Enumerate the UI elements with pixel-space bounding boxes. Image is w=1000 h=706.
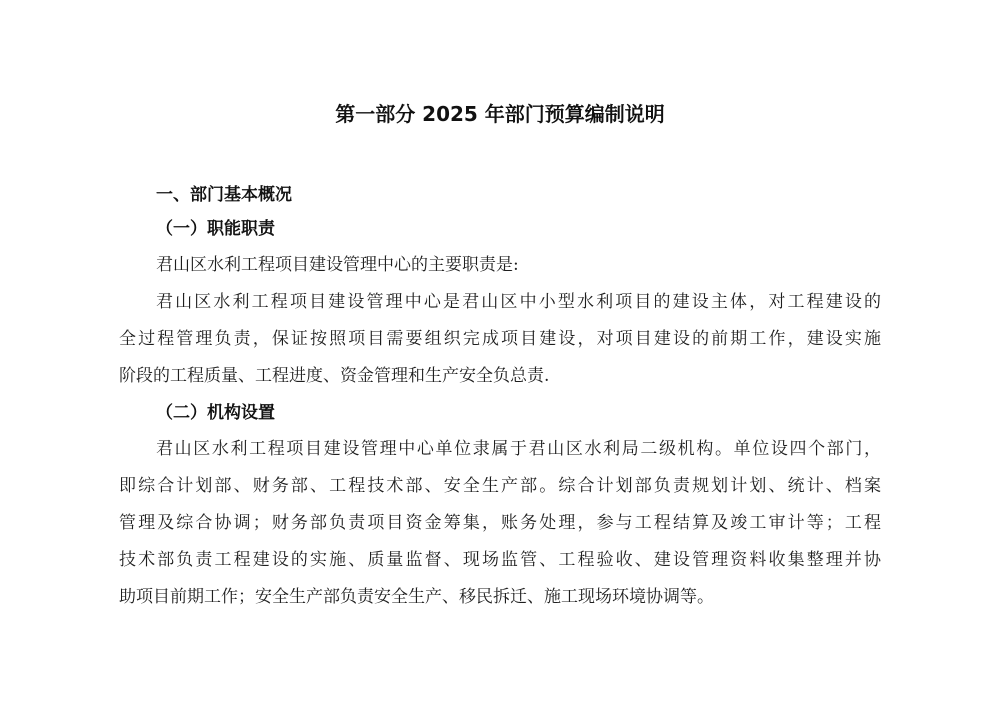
paragraph-line: 管理及综合协调；财务部负责项目资金筹集，账务处理，参与工程结算及竣工审计等；工程 bbox=[119, 508, 881, 533]
paragraph-line: 阶段的工程质量、工程进度、资金管理和生产安全负总责. bbox=[119, 361, 881, 386]
paragraph-line: 全过程管理负责，保证按照项目需要组织完成项目建设，对项目建设的前期工作，建设实施 bbox=[119, 324, 881, 349]
document-page: 第一部分 2025 年部门预算编制说明 一、部门基本概况 （一）职能职责 君山区… bbox=[0, 0, 1000, 706]
page-title: 第一部分 2025 年部门预算编制说明 bbox=[0, 98, 1000, 127]
paragraph-line: 助项目前期工作；安全生产部负责安全生产、移民拆迁、施工现场环境协调等。 bbox=[119, 582, 881, 607]
paragraph-line: 君山区水利工程项目建设管理中心的主要职责是: bbox=[156, 250, 881, 275]
paragraph-line: 技术部负责工程建设的实施、质量监督、现场监管、工程验收、建设管理资料收集整理并协 bbox=[119, 545, 881, 570]
paragraph-line: 君山区水利工程项目建设管理中心单位隶属于君山区水利局二级机构。单位设四个部门， bbox=[156, 434, 881, 459]
subsection-heading-organization: （二）机构设置 bbox=[156, 398, 275, 423]
paragraph-line: 君山区水利工程项目建设管理中心是君山区中小型水利项目的建设主体，对工程建设的 bbox=[156, 287, 881, 312]
paragraph-line: 即综合计划部、财务部、工程技术部、安全生产部。综合计划部负责规划计划、统计、档案 bbox=[119, 471, 881, 496]
subsection-heading-functions: （一）职能职责 bbox=[156, 214, 275, 239]
section-heading-overview: 一、部门基本概况 bbox=[156, 180, 292, 205]
